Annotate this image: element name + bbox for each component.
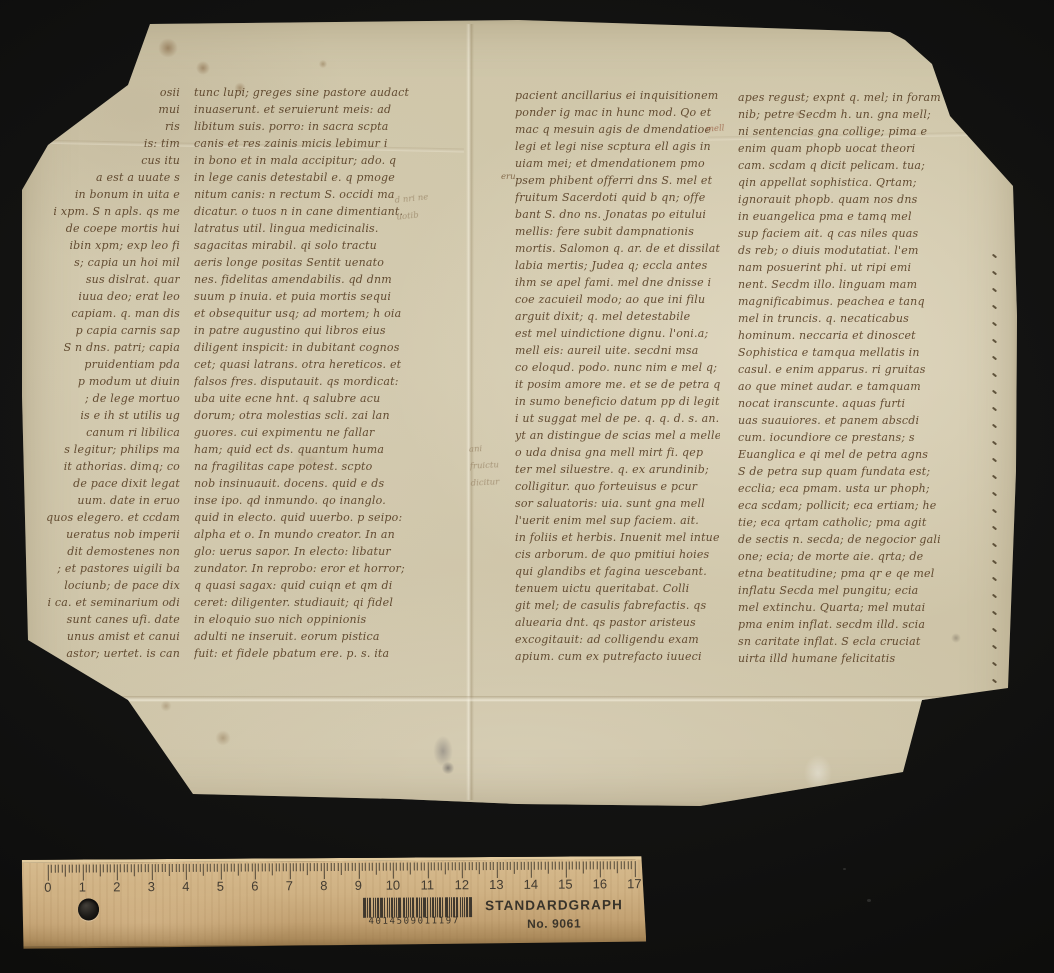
marginal-note-eru: eru xyxy=(501,172,516,183)
ruler-mm-tick xyxy=(579,861,580,869)
ruler-mm-tick xyxy=(451,862,452,870)
manuscript-text-line: de coepe mortis hui xyxy=(20,220,180,237)
ruler-mm-tick xyxy=(417,862,418,870)
manuscript-text-line: mel in truncis. q. necaticabus xyxy=(738,310,974,327)
ruler-mm-tick xyxy=(269,863,270,871)
manuscript-text-line: ponder ig mac in hunc mod. Qo et xyxy=(515,104,720,121)
ruler-mm-tick xyxy=(493,862,494,870)
ruler-mm-tick xyxy=(482,862,483,870)
ruler-mm-tick xyxy=(517,862,518,870)
ruler-mm-tick xyxy=(282,863,283,871)
barcode-bar xyxy=(373,898,374,918)
manuscript-text-line: nent. Secdm illo. linguam mam xyxy=(738,276,974,293)
ruler-mm-tick xyxy=(351,863,352,871)
manuscript-text-line: iuua deo; erat leo xyxy=(20,288,180,305)
ruler-mm-tick xyxy=(234,864,235,872)
ruler-mm-tick xyxy=(369,863,370,871)
ruler-mm-tick xyxy=(376,863,377,875)
ruler-mm-tick xyxy=(206,864,207,872)
manuscript-text-line: Euanglica e qi mel de petra agns xyxy=(738,446,974,463)
ruler-cm-number: 14 xyxy=(521,877,541,892)
ruler-mm-tick xyxy=(445,862,446,874)
ruler-mm-tick xyxy=(338,863,339,871)
text-column-1: tunc lupi; greges sine pastore audactinu… xyxy=(194,84,434,662)
cloth-speck xyxy=(843,868,846,870)
ruler-mm-tick xyxy=(141,864,142,872)
ruler-mm-tick xyxy=(210,864,211,872)
manuscript-text-line: i xpm. S n apls. qs me xyxy=(20,203,180,220)
prick-mark xyxy=(992,288,997,293)
marginal-note-mell: mell xyxy=(706,123,725,135)
manuscript-text-line: quos elegero. et ccdam xyxy=(20,509,180,526)
ruler-mm-tick xyxy=(248,864,249,872)
ruler-mm-tick xyxy=(313,863,314,871)
ruler-mm-tick xyxy=(175,864,176,872)
barcode-bar xyxy=(391,898,393,918)
ruler-mm-tick xyxy=(120,864,121,872)
ruler-cm-tick xyxy=(324,863,325,879)
ruler-cm-tick xyxy=(565,862,566,878)
ruler-cm-number: 4 xyxy=(176,879,196,894)
ruler-mm-tick xyxy=(365,863,366,871)
parchment-leaf: osiimuirisis: timcus itua est a uuate si… xyxy=(18,16,1020,810)
barcode-digits: 4014509011197 xyxy=(359,916,469,927)
ruler-mm-tick xyxy=(389,863,390,871)
manuscript-text-line: in euangelica pma e tamq mel xyxy=(738,208,974,225)
manuscript-text-line: in bonum in uita e xyxy=(20,186,180,203)
ruler-mm-tick xyxy=(106,864,107,872)
manuscript-text-line: cum. iocundiore ce prestans; s xyxy=(738,429,974,446)
manuscript-text-line: nam posuerint phi. ut ripi emi xyxy=(738,259,974,276)
ruler-mm-tick xyxy=(631,861,632,869)
manuscript-text-line: quid in electo. quid uuerbo. p seipo: xyxy=(194,509,434,526)
manuscript-text-line: it athorias. dimq; co xyxy=(20,458,180,475)
manuscript-text-line: co eloqud. podo. nunc nim e mel q; xyxy=(515,359,720,376)
ruler-mm-tick xyxy=(441,862,442,870)
manuscript-text-line: in bono et in mala accipitur; ado. q xyxy=(194,152,434,169)
ruler-mm-tick xyxy=(165,864,166,872)
ruler-mm-tick xyxy=(434,862,435,870)
marginal-note-faint-upper: d nri neuotib xyxy=(394,192,431,229)
ruler-mm-tick xyxy=(113,864,114,872)
barcode-bar xyxy=(398,898,401,918)
barcode-bar xyxy=(396,898,397,918)
prick-mark xyxy=(992,356,997,361)
manuscript-text-line: inse ipo. qd inmundo. qo inanglo. xyxy=(194,492,434,509)
ruler-mm-tick xyxy=(420,862,421,870)
ruler-cm-number: 9 xyxy=(348,878,368,893)
manuscript-text-line: in lege canis detestabil e. q pmoge xyxy=(194,169,434,186)
ruler-mm-tick xyxy=(162,864,163,872)
manuscript-text-line: dicitur xyxy=(470,477,500,495)
manuscript-text-line: Sophistica e tamqua mellatis in xyxy=(738,344,974,361)
manuscript-text-line: enim quam phopb uocat theori xyxy=(738,140,974,157)
manuscript-text-line: uba uite ecne hnt. q salubre acu xyxy=(194,390,434,407)
ruler-cm-tick xyxy=(531,862,532,878)
ruler-mm-tick xyxy=(93,864,94,872)
manuscript-text-line: uum. date in eruo xyxy=(20,492,180,509)
ruler-mm-tick xyxy=(75,865,76,873)
ruler-mm-tick xyxy=(624,861,625,869)
barcode-bar xyxy=(367,898,368,918)
ruler-barcode: 4014509011197 xyxy=(363,897,465,928)
ruler-cm-tick xyxy=(48,865,49,881)
manuscript-text-line: zundator. In reprobo: eror et horror; xyxy=(194,560,434,577)
prick-mark xyxy=(992,441,997,446)
barcode-bar xyxy=(375,898,376,918)
ruler-mm-tick xyxy=(303,863,304,871)
ruler-mm-tick xyxy=(431,862,432,870)
ruler-mm-tick xyxy=(231,864,232,872)
manuscript-text-line: ni sentencias gna collige; pima e xyxy=(738,123,974,140)
manuscript-text-line: na fragilitas cape potest. scpto xyxy=(194,458,434,475)
prick-mark xyxy=(992,424,997,429)
barcode-bar xyxy=(369,898,371,918)
ruler-mm-tick xyxy=(331,863,332,871)
ruler-mm-tick xyxy=(258,863,259,871)
ruler-mm-tick xyxy=(500,862,501,870)
ruler-mm-tick xyxy=(127,864,128,872)
ruler-mm-tick xyxy=(327,863,328,871)
manuscript-text-line: pma enim inflat. secdm illd. scia xyxy=(738,616,974,633)
ruler-cm-number: 15 xyxy=(555,877,575,892)
ruler-mm-tick xyxy=(410,863,411,875)
prick-mark xyxy=(992,526,997,531)
manuscript-text-line: psem phibent offerri dns S. mel et xyxy=(515,172,720,189)
ruler-mm-tick xyxy=(100,864,101,876)
ruler-mm-tick xyxy=(545,862,546,870)
prick-mark xyxy=(992,271,997,276)
manuscript-text-line: glo: uerus sapor. In electo: libatur xyxy=(194,543,434,560)
manuscript-text-line: in eloquio suo nich oppinionis xyxy=(194,611,434,628)
manuscript-text-line: mui xyxy=(20,101,180,118)
manuscript-text-line: ihm se apel fami. mel dne dnisse i xyxy=(515,274,720,291)
ruler-mm-tick xyxy=(307,863,308,875)
prick-mark xyxy=(992,373,997,378)
ruler-mm-tick xyxy=(227,864,228,872)
barcode-bar xyxy=(427,897,428,917)
ruler-mm-tick xyxy=(51,865,52,873)
ruler-mm-tick xyxy=(469,862,470,870)
ruler-mm-tick xyxy=(179,864,180,872)
manuscript-text-line: nes. fidelitas amendabilis. qd dnm xyxy=(194,271,434,288)
manuscript-text-line: ; et pastores uigili ba xyxy=(20,560,180,577)
ruler-model-number: No. 9061 xyxy=(474,916,634,931)
manuscript-text-line: dit demostenes non xyxy=(20,543,180,560)
manuscript-text-line: suum p inuia. et puia mortis sequi xyxy=(194,288,434,305)
manuscript-text-line: qui glandibs et fagina uescebant. xyxy=(515,563,720,580)
manuscript-text-line: coe zacuieil modo; ao que ini filu xyxy=(515,291,720,308)
manuscript-text-line: fruitum Sacerdoti quid b qn; offe xyxy=(515,189,720,206)
manuscript-text-line: mel extinchu. Quarta; mel mutai xyxy=(738,599,974,616)
ruler-mm-tick xyxy=(507,862,508,870)
barcode-bar xyxy=(429,897,430,917)
ruler-mm-tick xyxy=(224,864,225,872)
ruler-mm-tick xyxy=(348,863,349,871)
barcode-bar xyxy=(363,898,366,918)
ruler-mm-tick xyxy=(510,862,511,870)
manuscript-text-line: de pace dixit legat xyxy=(20,475,180,492)
manuscript-text-line: ibin xpm; exp leo fi xyxy=(20,237,180,254)
ruler-mm-tick xyxy=(279,863,280,871)
prick-mark xyxy=(992,679,997,684)
manuscript-text-line: inflatu Secda mel pungitu; ecia xyxy=(738,582,974,599)
ruler-mm-tick xyxy=(593,861,594,869)
ruler-mm-tick xyxy=(251,863,252,871)
manuscript-text-line: apes regust; expnt q. mel; in foram xyxy=(738,89,974,106)
manuscript-text-line: hominum. neccaria et dinoscet xyxy=(738,327,974,344)
ruler-cm-number: 2 xyxy=(107,879,127,894)
manuscript-text-line: labia mertis; Judea q; eccla antes xyxy=(515,257,720,274)
manuscript-text-line: a est a uuate s xyxy=(20,169,180,186)
manuscript-text-line: o uda dnisa gna mell mirt fi. qep xyxy=(515,444,720,461)
ruler-mm-tick xyxy=(317,863,318,871)
barcode-bar xyxy=(453,897,455,917)
manuscript-text-line: mell eis: aureil uite. secdni msa xyxy=(515,342,720,359)
manuscript-text-line: astor; uertet. is can xyxy=(20,645,180,662)
prick-mark xyxy=(992,492,997,497)
ruler-mm-tick xyxy=(407,863,408,871)
prick-mark xyxy=(992,390,997,395)
manuscript-text-line: canum ri libilica xyxy=(20,424,180,441)
ruler-mm-tick xyxy=(514,862,515,874)
barcode-bar xyxy=(439,897,441,917)
ruler-mm-tick xyxy=(572,862,573,870)
manuscript-text-line: pacient ancillarius ei inquisitionem Re xyxy=(515,87,720,104)
manuscript-text-line: in foliis et herbis. Inuenit mel intue xyxy=(515,529,720,546)
barcode-bar xyxy=(469,897,472,917)
barcode-bar xyxy=(462,897,463,917)
ruler-mm-tick xyxy=(396,863,397,871)
prick-mark xyxy=(992,594,997,599)
text-column-left-fragments: osiimuirisis: timcus itua est a uuate si… xyxy=(20,84,180,662)
ruler-mm-tick xyxy=(296,863,297,871)
ruler-cm-number: 5 xyxy=(210,879,230,894)
manuscript-text-line: cet; quasi latrans. otra hereticos. et xyxy=(194,356,434,373)
prick-mark xyxy=(992,628,997,633)
ruler-mm-tick xyxy=(576,862,577,870)
ruler-mm-tick xyxy=(607,861,608,869)
barcode-bar xyxy=(419,897,420,917)
ruler-cm-tick xyxy=(82,865,83,881)
prick-mark xyxy=(992,611,997,616)
ruler-mm-tick xyxy=(272,863,273,875)
manuscript-text-line: mac q mesuin agis de dmendatioe xyxy=(515,121,720,138)
manuscript-text-line: tunc lupi; greges sine pastore audact xyxy=(194,84,434,101)
barcode-bar xyxy=(464,897,465,917)
ruler-cm-number: 12 xyxy=(452,877,472,892)
manuscript-text-line: sup faciem ait. q cas niles quas xyxy=(738,225,974,242)
ruler-cm-tick xyxy=(496,862,497,878)
ruler-mm-tick xyxy=(213,864,214,872)
ruler-mm-tick xyxy=(65,865,66,877)
manuscript-text-line: l'uerit enim mel sup faciem. ait. xyxy=(515,512,720,529)
ruler-mm-tick xyxy=(89,864,90,872)
ruler-cm-number: 3 xyxy=(141,879,161,894)
ruler-mm-tick xyxy=(379,863,380,871)
ruler-mm-tick xyxy=(72,865,73,873)
manuscript-text-line: colligitur. quo forteuisus e pcur xyxy=(515,478,720,495)
manuscript-text-line: est mel uindictione dignu. l'oni.a; xyxy=(515,325,720,342)
manuscript-text-line: qin appellat sophistica. Qrtam; xyxy=(738,174,974,191)
manuscript-text-line: et obsequitur usq; ad mortem; h oia xyxy=(194,305,434,322)
barcode-bar xyxy=(421,897,422,917)
ruler-mm-tick xyxy=(479,862,480,874)
ruler-mm-tick xyxy=(189,864,190,872)
manuscript-text-line: ceret: diligenter. studiauit; qi fidel xyxy=(194,594,434,611)
prick-mark xyxy=(992,645,997,650)
manuscript-text-line: in patre augustino qui libros eius xyxy=(194,322,434,339)
barcode-bar xyxy=(445,897,448,917)
ruler-mm-tick xyxy=(610,861,611,869)
manuscript-text-line: ueratus nob imperii xyxy=(20,526,180,543)
ruler-mm-tick xyxy=(196,864,197,872)
manuscript-text-line: canis et res zainis micis lebimur i xyxy=(194,135,434,152)
barcode-bar xyxy=(451,897,452,917)
manuscript-text-line: s legitur; philips ma xyxy=(20,441,180,458)
ruler-cm-number: 17 xyxy=(624,876,644,891)
manuscript-text-line: uiam mei; et dmendationem pmo xyxy=(515,155,720,172)
manuscript-text-line: sn caritate inflat. S ecla cruciat xyxy=(738,633,974,650)
ruler-mm-tick xyxy=(79,865,80,873)
ruler-mm-tick xyxy=(617,861,618,873)
manuscript-text-line: cus itu xyxy=(20,152,180,169)
prick-mark xyxy=(992,339,997,344)
manuscript-text-line: aluearia dnt. qs pastor aristeus xyxy=(515,614,720,631)
manuscript-text-line: cam. scdam q dicit pelicam. tua; xyxy=(738,157,974,174)
manuscript-text-line: mortis. Salomon q. ar. de et dissilat xyxy=(515,240,720,257)
ruler-cm-tick xyxy=(600,861,601,877)
ruler-mm-tick xyxy=(155,864,156,872)
ruler-mm-tick xyxy=(382,863,383,871)
prick-mark xyxy=(992,577,997,582)
manuscript-text-line: is: tim xyxy=(20,135,180,152)
ruler-mm-tick xyxy=(275,863,276,871)
manuscript-text-line: sunt canes ufi. date xyxy=(20,611,180,628)
manuscript-text-line: unus amist et canui xyxy=(20,628,180,645)
ruler-cm-tick xyxy=(289,863,290,879)
ruler-mm-tick xyxy=(465,862,466,870)
ruler-mm-tick xyxy=(144,864,145,872)
marginal-note-faint-mid: anifruictudicitur xyxy=(469,443,501,495)
ruler-mm-tick xyxy=(241,864,242,872)
barcode-bar xyxy=(456,897,458,917)
manuscript-text-line: ignorauit phopb. quam nos dns xyxy=(738,191,974,208)
manuscript-text-line: lociunb; de pace dix xyxy=(20,577,180,594)
manuscript-text-line: etna beatitudine; pma qr e qe mel xyxy=(738,565,974,582)
manuscript-text-line: alpha et o. In mundo creator. In an xyxy=(194,526,434,543)
manuscript-text-line: one; ecia; de morte aie. qrta; de xyxy=(738,548,974,565)
ruler-mm-tick xyxy=(158,864,159,872)
manuscript-text-line: apium. cum ex putrefacto iuueci xyxy=(515,648,720,665)
ruler-mm-tick xyxy=(148,864,149,872)
barcode-bar xyxy=(460,897,461,917)
ruler-mm-tick xyxy=(344,863,345,871)
prick-mark xyxy=(992,322,997,327)
ruler-mm-tick xyxy=(614,861,615,869)
barcode-bar xyxy=(449,897,450,917)
ruler-mm-tick xyxy=(486,862,487,870)
photograph-background: { "scene": { "description": "Medieval pa… xyxy=(0,0,1054,973)
manuscript-text-line: uas suauiores. et panem abscdi xyxy=(738,412,974,429)
ruler-mm-tick xyxy=(476,862,477,870)
prick-mark xyxy=(992,543,997,548)
manuscript-text-line: legi et legi nise scptura ell agis in xyxy=(515,138,720,155)
manuscript-text-line: de sectis n. secda; de negocior gali xyxy=(738,531,974,548)
ruler-mm-tick xyxy=(534,862,535,870)
ruler-mm-tick xyxy=(103,864,104,872)
ruler-mm-tick xyxy=(193,864,194,872)
ruler-mm-tick xyxy=(131,864,132,872)
ruler-mm-tick xyxy=(413,863,414,871)
manuscript-text-line: git mel; de casulis fabrefactis. qs xyxy=(515,597,720,614)
manuscript-text-line: i ca. et seminarium odi xyxy=(20,594,180,611)
ruler-cm-number: 13 xyxy=(486,877,506,892)
ruler-cm-tick xyxy=(186,864,187,880)
ruler-cm-number: 11 xyxy=(417,877,437,892)
ruler-mm-tick xyxy=(627,861,628,869)
ruler-mm-tick xyxy=(562,862,563,870)
ruler-cm-number: 0 xyxy=(38,880,58,895)
cloth-speck xyxy=(867,899,871,902)
wooden-ruler: 01234567891011121314151617 4014509011197… xyxy=(22,856,647,949)
ruler-mm-tick xyxy=(293,863,294,871)
manuscript-text-line: eca scdam; pollicit; eca ertiam; he xyxy=(738,497,974,514)
ruler-cm-tick xyxy=(462,862,463,878)
manuscript-text-line: fruictu xyxy=(470,460,500,478)
manuscript-text-line: ani xyxy=(469,443,499,461)
ruler-mm-tick xyxy=(300,863,301,871)
prick-mark xyxy=(992,305,997,310)
manuscript-text-line: i ut suggat mel de pe. q. q. d. s. an. xyxy=(515,410,720,427)
barcode-bar xyxy=(406,898,407,918)
barcode-bar xyxy=(384,898,385,918)
barcode-bar xyxy=(394,898,395,918)
text-column-2: pacient ancillarius ei inquisitionem Rep… xyxy=(515,87,720,665)
manuscript-text-line: cis arborum. de quo pmitiui hoies xyxy=(515,546,720,563)
ruler-mm-tick xyxy=(86,865,87,873)
ruler-cm-tick xyxy=(634,861,635,877)
prick-mark xyxy=(992,662,997,667)
ruler-cm-number: 8 xyxy=(314,878,334,893)
horizontal-fold-crease xyxy=(118,696,1010,702)
ruler-cm-tick xyxy=(358,863,359,879)
manuscript-text-line: sagacitas mirabil. qi solo tractu xyxy=(194,237,434,254)
ruler-mm-tick xyxy=(620,861,621,869)
ruler-mm-tick xyxy=(244,864,245,872)
ruler-mm-tick xyxy=(137,864,138,872)
ruler-mm-tick xyxy=(372,863,373,871)
ruler-cm-tick xyxy=(151,864,152,880)
barcode-bars xyxy=(363,897,474,918)
manuscript-text-line: ris xyxy=(20,118,180,135)
ruler-mm-tick xyxy=(472,862,473,870)
manuscript-text-line: ds reb; o diuis modutatiat. l'em xyxy=(738,242,974,259)
manuscript-text-line: ham; quid ect ds. quantum huma xyxy=(194,441,434,458)
ruler-mm-tick xyxy=(538,862,539,870)
barcode-bar xyxy=(437,897,438,917)
manuscript-text-line: excogitauit: ad colligendu exam xyxy=(515,631,720,648)
ruler-mm-tick xyxy=(182,864,183,872)
ruler-mm-tick xyxy=(448,862,449,870)
manuscript-text-line: sor saluatoris: uia. sunt gna mell xyxy=(515,495,720,512)
ruler-cm-tick xyxy=(220,864,221,880)
ruler-mm-tick xyxy=(310,863,311,871)
ruler-mm-tick xyxy=(355,863,356,871)
ruler-mm-tick xyxy=(589,861,590,869)
manuscript-text-line: it posim amore me. et se de petra qd xyxy=(515,376,720,393)
manuscript-text-line: sus dislrat. quar xyxy=(20,271,180,288)
